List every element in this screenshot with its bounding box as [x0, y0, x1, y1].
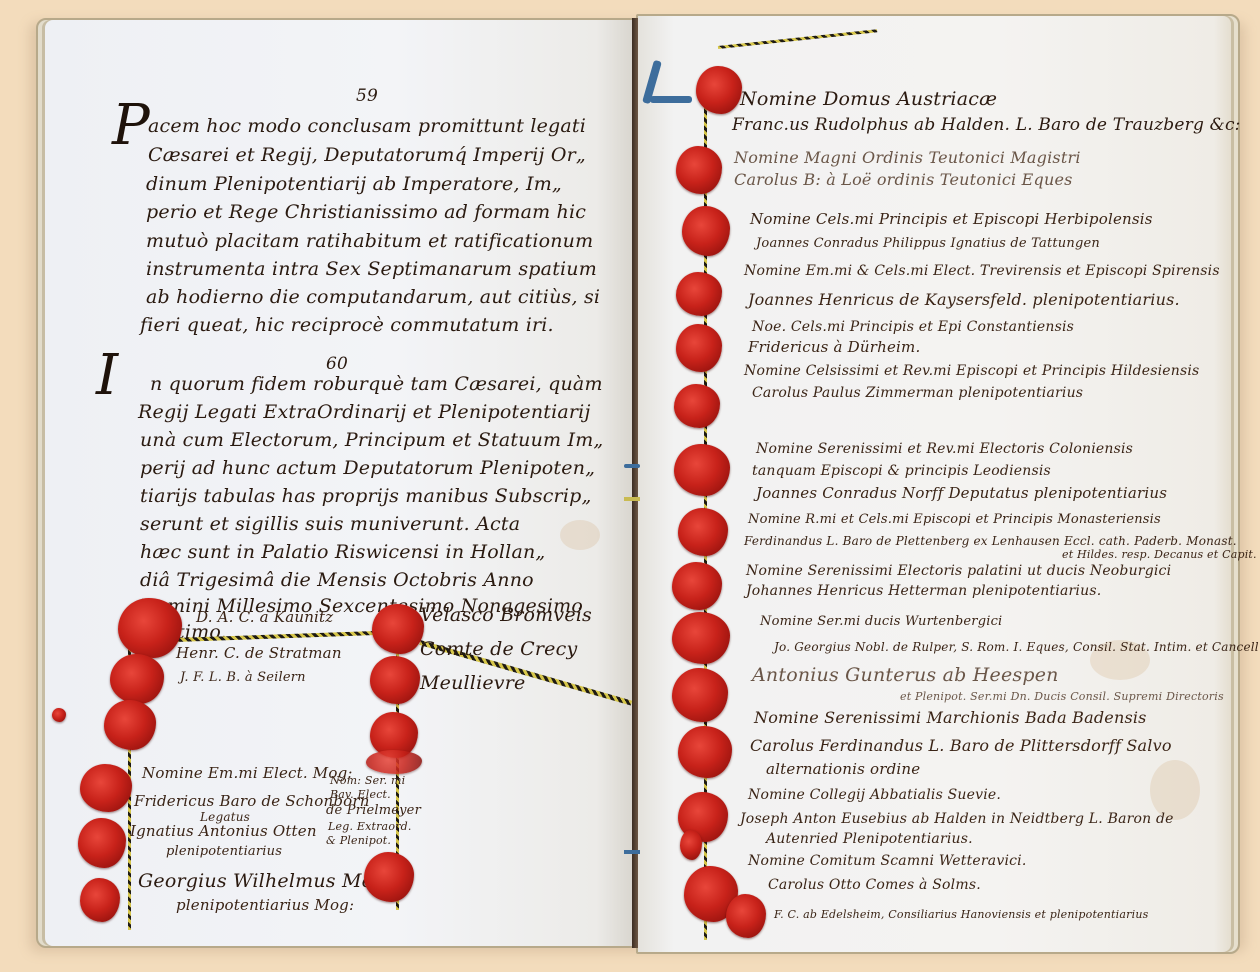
signature: & Plenipot.	[326, 834, 391, 847]
text-line: unà cum Electorum, Principum et Statuum …	[140, 428, 603, 453]
signature: D. A. C. a Kaunitz	[196, 608, 333, 627]
entry-name: Joannes Conradus Norff Deputatus plenipo…	[756, 484, 1167, 503]
text-line: tiarijs tabulas has proprijs manibus Sub…	[140, 484, 592, 509]
entry-name: Fridericus à Dürheim.	[748, 338, 920, 357]
entry-heading: Nomine Serenissimi et Rev.mi Electoris C…	[756, 440, 1133, 459]
text-line: instrumenta intra Sex Septimanarum spati…	[146, 257, 597, 282]
binding-thread-blue	[624, 850, 640, 854]
text-line: Regij Legati ExtraOrdinarij et Plenipote…	[138, 400, 591, 425]
text-line: perio et Rege Christianissimo ad formam …	[146, 200, 586, 225]
entry-heading: Nomine Em.mi & Cels.mi Elect. Trevirensi…	[744, 262, 1220, 281]
entry-heading: Nomine Serenissimi Electoris palatini ut…	[746, 562, 1171, 581]
wax-seal	[726, 894, 766, 938]
wax-seal	[696, 66, 742, 114]
entry-heading: Nomine Ser.mi ducis Wurtenbergici	[760, 612, 1002, 631]
text-line: dinum Plenipotentiarij ab Imperatore, Im…	[146, 172, 562, 197]
wax-drip	[52, 708, 66, 722]
paper-stain	[560, 520, 600, 550]
text-line: ab hodierno die computandarum, aut citiù…	[146, 285, 600, 310]
entry-name: Johannes Henricus Hetterman plenipotenti…	[746, 582, 1101, 601]
entry-heading: Nomine Magni Ordinis Teutonici Magistri	[734, 148, 1081, 167]
entry-note: alternationis ordine	[766, 760, 920, 779]
entry-subheading: tanquam Episcopi & principis Leodiensis	[752, 462, 1051, 481]
signature: Meullievre	[420, 672, 525, 694]
drop-cap-i: I	[96, 348, 118, 404]
signature: Leg. Extraord.	[328, 820, 412, 833]
bookmark-ribbon	[650, 96, 692, 103]
entry-name: Joannes Conradus Philippus Ignatius de T…	[756, 234, 1100, 253]
book-spine	[632, 18, 638, 948]
entry-heading: Nomine Collegij Abbatialis Suevie.	[748, 786, 1001, 805]
binding-thread-yellow	[624, 497, 640, 501]
entry-name: Joseph Anton Eusebius ab Halden in Neidt…	[740, 810, 1174, 829]
wax-seal	[370, 656, 420, 704]
wax-drip	[680, 830, 702, 860]
entry-name: Carolus Otto Comes à Solms.	[768, 876, 981, 895]
wax-seal	[672, 562, 722, 610]
entry-name: Carolus B: à Loë ordinis Teutonici Eques	[734, 170, 1073, 189]
entry-name: F. C. ab Edelsheim, Consiliarius Hanovie…	[774, 908, 1148, 921]
entry-name: Joannes Henricus de Kaysersfeld. plenipo…	[748, 290, 1180, 309]
text-line: diâ Trigesimâ die Mensis Octobris Anno	[140, 568, 534, 593]
article-number-60: 60	[326, 354, 348, 374]
entry-heading: Noe. Cels.mi Principis et Epi Constantie…	[752, 318, 1074, 337]
text-line: perij ad hunc actum Deputatorum Plenipot…	[140, 456, 595, 481]
entry-name: Carolus Ferdinandus L. Baro de Plittersd…	[750, 736, 1172, 755]
wax-seal	[80, 878, 120, 922]
entry-note: et Hildes. resp. Decanus et Capit.	[1062, 548, 1257, 561]
entry-heading: Nomine Cels.mi Principis et Episcopi Her…	[750, 210, 1153, 229]
text-line: mutuò placitam ratihabitum et ratificati…	[146, 229, 593, 254]
wax-seal	[676, 272, 722, 316]
entry-heading: Nomine Celsissimi et Rev.mi Episcopi et …	[744, 362, 1199, 381]
signature: Velasco Bromveis	[420, 604, 592, 626]
wax-seal	[372, 604, 424, 654]
binding-thread-blue	[624, 464, 640, 468]
signature: plenipotentiarius	[166, 842, 282, 861]
entry-heading: Nomine Comitum Scamni Wetteravici.	[748, 852, 1027, 871]
signature: Georgius Wilhelmus Moll	[138, 870, 386, 892]
wax-seal	[104, 700, 156, 750]
wax-seal	[678, 726, 732, 778]
entry-name: Jo. Georgius Nobl. de Rulper, S. Rom. I.…	[774, 638, 1260, 657]
wax-seal	[674, 444, 730, 496]
signature: Nomine Em.mi Elect. Mog:	[142, 764, 353, 783]
entry-heading: Nomine Serenissimi Marchionis Bada Baden…	[754, 708, 1147, 727]
wax-seal	[682, 206, 730, 256]
wax-seal	[672, 612, 730, 664]
signature: Nom: Ser. mi	[330, 774, 405, 787]
signature: Comte de Crecy	[420, 638, 577, 660]
wax-seal	[364, 852, 414, 902]
wax-seal	[80, 764, 132, 812]
wax-seal	[110, 654, 164, 704]
wax-seal	[78, 818, 126, 868]
text-line: Cæsarei et Regij, Deputatorumq́ Imperij …	[148, 143, 586, 168]
wax-seal	[676, 324, 722, 372]
signature: J. F. L. B. à Seilern	[180, 668, 306, 687]
entry-name: Carolus Paulus Zimmerman plenipotentiari…	[752, 384, 1083, 403]
entry-note: Autenried Plenipotentiarius.	[766, 830, 973, 849]
text-line: serunt et sigillis suis muniverunt. Acta	[140, 512, 520, 537]
signature: Ignatius Antonius Otten	[130, 822, 317, 841]
drop-cap-p: P	[112, 98, 150, 154]
wax-seal	[676, 146, 722, 194]
wax-seal	[674, 384, 720, 428]
wax-seal	[366, 750, 422, 774]
wax-seal	[118, 598, 182, 658]
text-line: n quorum fidem roburquè tam Cæsarei, quà…	[150, 372, 603, 397]
entry-heading: Nomine R.mi et Cels.mi Episcopi et Princ…	[748, 510, 1161, 529]
signature: de Prielmeyer	[326, 804, 421, 817]
text-line: hæc sunt in Palatio Riswicensi in Hollan…	[140, 540, 545, 565]
signature: plenipotentiarius Mog:	[176, 896, 354, 915]
wax-seal	[678, 508, 728, 556]
text-line: acem hoc modo conclusam promittunt legat…	[148, 114, 586, 139]
article-number-59: 59	[356, 86, 378, 106]
wax-seal	[672, 668, 728, 722]
entry-name: Antonius Gunterus ab Heespen	[752, 664, 1059, 686]
entry-name: Franc.us Rudolphus ab Halden. L. Baro de…	[732, 114, 1241, 136]
text-line: fieri queat, hic reciprocè commutatum ir…	[140, 313, 554, 338]
signature: Bav. Elect.	[330, 788, 391, 801]
entry-note: et Plenipot. Ser.mi Dn. Ducis Consil. Su…	[900, 690, 1224, 703]
entry-heading: Nomine Domus Austriacæ	[740, 88, 997, 110]
signature: Henr. C. de Stratman	[176, 644, 342, 663]
